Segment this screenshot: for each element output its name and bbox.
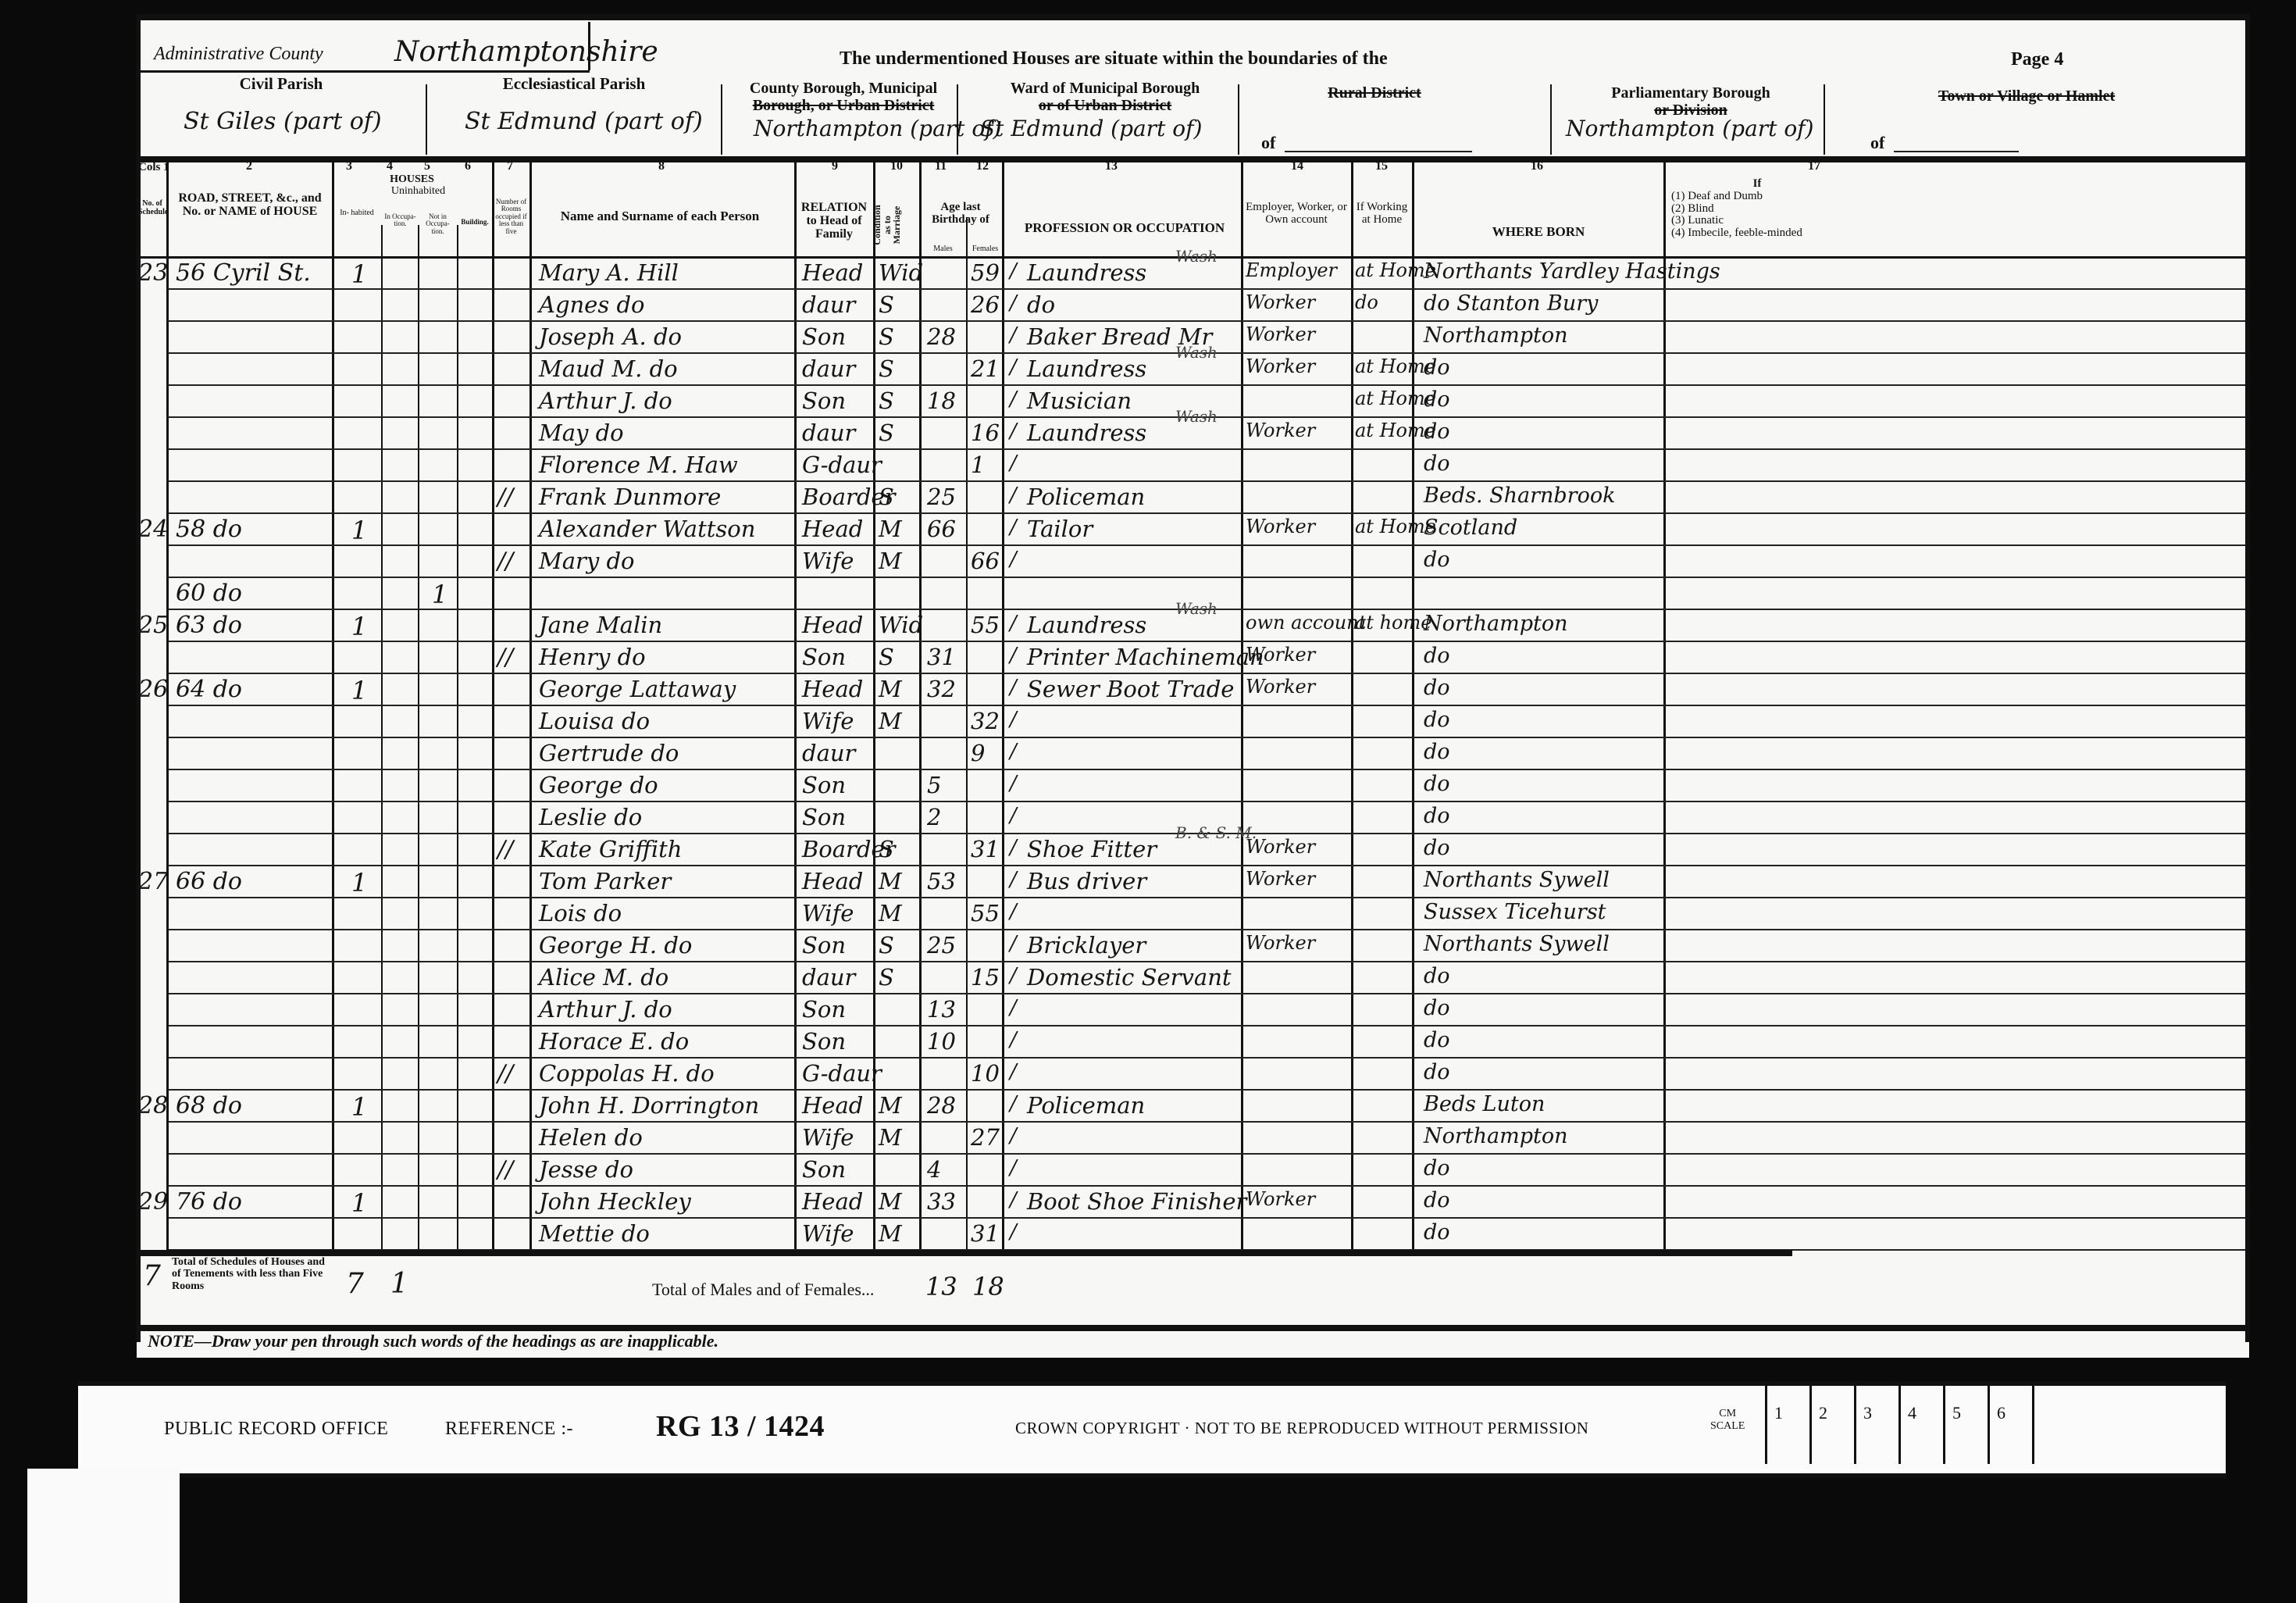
employer-status: Worker [1246, 516, 1315, 537]
age-female: 32 [971, 708, 1000, 734]
occupation: Shoe Fitter [1027, 836, 1157, 862]
person-name: Henry do [539, 644, 646, 670]
scale-mark: 4 [1908, 1403, 1917, 1423]
person-name: Arthur J. do [539, 387, 672, 414]
check-mark: / [1010, 644, 1017, 667]
inhabited-mark: 1 [351, 868, 367, 898]
condition: S [879, 644, 894, 670]
table-row: ///Mary doWifeM66do [137, 546, 2249, 578]
form-frame: Administrative County Northamptonshire T… [137, 14, 2249, 1358]
relation: Head [802, 516, 863, 542]
where-born: do Stanton Bury [1424, 291, 1598, 316]
check-mark: / [1010, 996, 1017, 1019]
relation: Wife [802, 900, 854, 926]
relation: G-daur [802, 1060, 882, 1087]
relation: Wife [802, 1220, 854, 1247]
check-mark: / [1010, 323, 1017, 347]
col5-header: Not in Occupa- tion. [419, 213, 456, 235]
age-female: 31 [971, 1220, 1000, 1247]
check-mark: / [1010, 1060, 1017, 1084]
check-mark: / [1010, 1028, 1017, 1051]
address: 64 do [176, 676, 242, 703]
working-at-home: do [1355, 291, 1378, 313]
where-born: do [1424, 548, 1450, 572]
relation: Head [802, 868, 863, 894]
col15-header: If Working at Home [1353, 202, 1411, 227]
where-born: do [1424, 355, 1450, 380]
address: 66 do [176, 868, 242, 895]
person-name: Kate Griffith [539, 836, 682, 862]
col-num-9: 9 [832, 159, 838, 173]
record-office-strip: PUBLIC RECORD OFFICE REFERENCE :- RG 13 … [78, 1381, 2226, 1478]
totals-inhabited: 7 [346, 1268, 364, 1300]
age-female: 10 [971, 1060, 1000, 1087]
person-name: Horace E. do [539, 1028, 689, 1055]
table-row: ///Frank DunmoreBoarderS25PolicemanBeds.… [137, 482, 2249, 514]
col-num-16: 16 [1531, 159, 1543, 173]
address: 68 do [176, 1092, 242, 1119]
col-num-12: 12 [976, 159, 989, 173]
ward-value: St Edmund (part of) [980, 116, 1202, 141]
intro-text: The undermentioned Houses are situate wi… [840, 48, 1388, 70]
person-name: Frank Dunmore [539, 484, 721, 510]
town-of: of [1870, 133, 1884, 153]
age-male: 10 [927, 1028, 956, 1055]
where-born: Beds. Sharnbrook [1424, 484, 1615, 508]
table-row: /Horace E. doSon10do [137, 1026, 2249, 1059]
schedule-number: 23 [138, 259, 168, 287]
totals-top-rule [137, 1250, 1792, 1256]
check-mark: / [1010, 387, 1017, 411]
age-female: 55 [971, 612, 1000, 638]
person-name: Gertrude do [539, 740, 679, 766]
table-row: /Florence M. HawG-daur1do [137, 450, 2249, 482]
scale-mark: 1 [1774, 1403, 1784, 1423]
age-male: 18 [927, 387, 956, 414]
table-row: /2356 Cyril St.1Mary A. HillHeadWid59Lau… [137, 258, 2249, 290]
person-name: Alice M. do [539, 964, 668, 991]
age-male: 13 [927, 996, 956, 1023]
person-name: Agnes do [539, 291, 644, 318]
col-num-15: 15 [1375, 159, 1388, 173]
condition: S [879, 932, 894, 959]
occupation: Laundress [1027, 612, 1146, 638]
age-male: 25 [927, 484, 956, 510]
ward-label: Ward of Municipal Borough or of Urban Di… [972, 80, 1238, 114]
col2-header: ROAD, STREET, &c., and No. or NAME of HO… [172, 192, 328, 219]
table-row: /Gertrude dodaur9do [137, 738, 2249, 770]
cols-label: Cols 1 [138, 161, 169, 174]
where-born: Northants Sywell [1424, 932, 1610, 956]
relation: daur [802, 964, 855, 991]
reference-number: RG 13 / 1424 [656, 1409, 825, 1444]
condition: S [879, 323, 894, 350]
table-row: /2664 do1George LattawayHeadM32Sewer Boo… [137, 674, 2249, 706]
blank-card [27, 1469, 180, 1603]
schedule-number: 27 [138, 868, 168, 895]
age-male: 66 [927, 516, 956, 542]
person-name: Lois do [539, 900, 622, 926]
condition: M [879, 548, 902, 574]
relation: daur [802, 419, 855, 446]
condition: S [879, 484, 894, 510]
where-born: do [1424, 964, 1450, 988]
occupation: Musician [1027, 387, 1132, 414]
office-label: PUBLIC RECORD OFFICE [164, 1419, 388, 1440]
col9-header: RELATION to Head of Family [797, 202, 872, 241]
relation: Son [802, 772, 846, 798]
col12-header: Females [968, 245, 1003, 254]
rooms-mark: // [497, 1156, 513, 1184]
person-name: George Lattaway [539, 676, 736, 702]
relation: Wife [802, 708, 854, 734]
where-born: do [1424, 387, 1450, 412]
address: 60 do [176, 580, 242, 607]
person-name: George H. do [539, 932, 692, 959]
table-row: /Lois doWifeM55Sussex Ticehurst [137, 898, 2249, 930]
inhabited-mark: 1 [351, 676, 367, 705]
col4-header: In Occupa- tion. [383, 213, 418, 228]
condition: S [879, 387, 894, 414]
where-born: do [1424, 1188, 1450, 1212]
totals-females: 18 [972, 1272, 1004, 1301]
employer-status: Worker [1246, 419, 1315, 441]
check-mark: / [1010, 1188, 1017, 1212]
rooms-mark: // [497, 836, 513, 863]
table-row: /2563 do1Jane MalinHeadWid55Laundressown… [137, 610, 2249, 642]
totals-bottom-rule [137, 1325, 2249, 1331]
employer-status: Employer [1246, 259, 1337, 281]
col8-header: Name and Surname of each Person [543, 209, 777, 223]
address: 56 Cyril St. [176, 259, 311, 287]
person-name: Mary A. Hill [539, 259, 679, 286]
employer-status: Worker [1246, 676, 1315, 698]
occupation: Domestic Servant [1027, 964, 1232, 991]
condition: M [879, 900, 902, 926]
relation: Son [802, 996, 846, 1023]
condition: S [879, 964, 894, 991]
where-born: Northampton [1424, 1124, 1568, 1148]
title-divider [588, 22, 590, 70]
table-row: /Louisa doWifeM32do [137, 706, 2249, 738]
employer-status: Worker [1246, 291, 1315, 313]
scale-mark: 6 [1997, 1403, 2006, 1423]
inhabited-mark: 1 [351, 1188, 367, 1218]
age-female: 16 [971, 419, 1000, 446]
totals-schedules-label: Total of Schedules of Houses and of Tene… [172, 1256, 328, 1292]
rural-of: of [1261, 133, 1275, 153]
town-value-line [1894, 151, 2019, 152]
occupation: Bus driver [1027, 868, 1146, 894]
age-male: 2 [927, 804, 941, 830]
check-mark: / [1010, 1156, 1017, 1180]
table-row: /Agnes dodaurS26doWorkerdodo Stanton Bur… [137, 290, 2249, 322]
age-male: 5 [927, 772, 941, 798]
person-name: Leslie do [539, 804, 642, 830]
person-name: Mary do [539, 548, 634, 574]
scale-tick [1988, 1386, 1990, 1464]
col3-header: In- habited [333, 209, 380, 218]
title-underline [137, 70, 590, 73]
employer-status: Worker [1246, 932, 1315, 954]
age-male: 32 [927, 676, 956, 702]
schedule-number: 28 [138, 1092, 168, 1119]
check-mark: / [1010, 676, 1017, 699]
scale-tick [1943, 1386, 1945, 1464]
person-name: Tom Parker [539, 868, 671, 894]
totals-uninhabited: 1 [390, 1268, 408, 1300]
check-mark: / [1010, 772, 1017, 795]
relation: Head [802, 1092, 863, 1119]
person-name: Joseph A. do [539, 323, 682, 350]
rural-label: Rural District [1246, 84, 1503, 102]
person-name: Jane Malin [539, 612, 662, 638]
table-row: /Helen doWifeM27Northampton [137, 1123, 2249, 1155]
schedule-number: 25 [138, 612, 168, 639]
page-number: 4 [2054, 49, 2063, 70]
age-male: 31 [927, 644, 956, 670]
check-mark: / [1010, 452, 1017, 475]
condition: M [879, 1220, 902, 1247]
person-name: George do [539, 772, 658, 798]
admin-county-label: Administrative County [154, 44, 323, 65]
parl-value: Northampton (part of) [1566, 116, 1813, 141]
occupation: do [1027, 291, 1055, 318]
scale-tick [1765, 1386, 1767, 1464]
age-female: 9 [971, 740, 985, 766]
condition: Wid [879, 259, 923, 286]
scale-mark: 2 [1819, 1403, 1828, 1423]
person-name: Coppolas H. do [539, 1060, 715, 1087]
schedule-number: 24 [138, 516, 168, 543]
eccl-parish-value: St Edmund (part of) [465, 108, 703, 135]
inhabited-mark: 1 [351, 259, 367, 289]
condition: S [879, 355, 894, 382]
where-born: Beds Luton [1424, 1092, 1545, 1116]
col-num-11: 11 [935, 159, 947, 173]
relation: Son [802, 1156, 846, 1183]
col11-header: Males [922, 245, 964, 254]
where-born: Northants Yardley Hastings [1424, 259, 1720, 284]
table-row: ///Coppolas H. doG-daur10do [137, 1059, 2249, 1091]
person-name: John H. Dorrington [539, 1092, 759, 1119]
col11-12-header: Age last Birthday of [922, 202, 1000, 227]
person-name: May do [539, 419, 624, 446]
schedule-number: 29 [138, 1188, 168, 1216]
condition: Wid [879, 612, 923, 638]
inhabited-mark: 1 [351, 612, 367, 641]
uninhabited-header: Uninhabited [381, 186, 455, 198]
town-label: Town or Village or Hamlet [1839, 87, 2214, 105]
civil-parish-value: St Giles (part of) [184, 108, 382, 135]
age-male: 28 [927, 1092, 956, 1119]
col1-header: No. of Schedule [138, 200, 166, 216]
person-name: Arthur J. do [539, 996, 672, 1023]
relation: daur [802, 355, 855, 382]
person-name: Helen do [539, 1124, 643, 1151]
footnote: NOTE—Draw your pen through such words of… [148, 1331, 718, 1351]
divider [721, 84, 722, 155]
where-born: Scotland [1424, 516, 1517, 540]
table-row: /Maud M. dodaurS21LaundressWorkerat Home… [137, 354, 2249, 386]
inhabited-mark: 1 [351, 1092, 367, 1122]
employer-status: Worker [1246, 323, 1315, 345]
condition: M [879, 676, 902, 702]
address: 58 do [176, 516, 242, 543]
uninhabited-mark: 1 [432, 580, 447, 609]
age-female: 15 [971, 964, 1000, 991]
where-born: do [1424, 708, 1450, 732]
age-male: 53 [927, 868, 956, 894]
condition: M [879, 1092, 902, 1119]
rural-value-line [1285, 151, 1472, 152]
col-num-6: 6 [465, 159, 471, 173]
relation: Son [802, 804, 846, 830]
where-born: do [1424, 1060, 1450, 1084]
where-born: do [1424, 1028, 1450, 1052]
col-num-17: 17 [1808, 159, 1820, 173]
person-name: Louisa do [539, 708, 650, 734]
occupation-annotation: Wash [1175, 407, 1218, 426]
relation: Son [802, 1028, 846, 1055]
occupation: Sewer Boot Trade [1027, 676, 1234, 702]
col7-header: Number of Rooms occupied if less than fi… [494, 198, 529, 235]
where-born: Northants Sywell [1424, 868, 1610, 892]
occupation: Laundress [1027, 259, 1146, 286]
condition: S [879, 419, 894, 446]
page-label: Page 4 [2011, 49, 2063, 70]
check-mark: / [1010, 355, 1017, 379]
col-num-5: 5 [424, 159, 430, 173]
occupation: Boot Shoe Finisher [1027, 1188, 1246, 1215]
totals-males: 13 [925, 1272, 957, 1301]
col-num-2: 2 [246, 159, 252, 173]
col16-header: WHERE BORN [1417, 225, 1660, 239]
person-name: Mettie do [539, 1220, 650, 1247]
relation: Head [802, 612, 863, 638]
where-born: do [1424, 740, 1450, 764]
schedule-number: 26 [138, 676, 168, 703]
person-name: Maud M. do [539, 355, 678, 382]
employer-status: own account [1246, 612, 1366, 634]
check-mark: / [1010, 484, 1017, 507]
age-female: 21 [971, 355, 1000, 382]
condition: M [879, 1124, 902, 1151]
relation: Head [802, 259, 863, 286]
occupation: Bricklayer [1027, 932, 1146, 959]
occupation-annotation: Wash [1175, 599, 1218, 618]
age-male: 33 [927, 1188, 956, 1215]
check-mark: / [1010, 932, 1017, 955]
employer-status: Worker [1246, 1188, 1315, 1210]
employer-status: Worker [1246, 868, 1315, 890]
relation: Wife [802, 548, 854, 574]
check-mark: / [1010, 804, 1017, 827]
check-mark: / [1010, 259, 1017, 283]
census-sheet: Administrative County Northamptonshire T… [137, 14, 2249, 1358]
check-mark: / [1010, 1092, 1017, 1116]
divider [426, 84, 427, 155]
condition: M [879, 1188, 902, 1215]
check-mark: / [1010, 1220, 1017, 1244]
divider [1550, 84, 1552, 155]
relation: daur [802, 291, 855, 318]
occupation-annotation: Wash [1175, 343, 1218, 362]
age-female: 55 [971, 900, 1000, 926]
eccl-parish-label: Ecclesiastical Parish [433, 75, 715, 93]
totals-persons-label: Total of Males and of Females... [652, 1280, 874, 1300]
scale-mark: 5 [1952, 1403, 1962, 1423]
condition: M [879, 868, 902, 894]
where-born: do [1424, 772, 1450, 796]
table-row: /2458 do1Alexander WattsonHeadM66TailorW… [137, 514, 2249, 546]
address: 63 do [176, 612, 242, 639]
age-male: 28 [927, 323, 956, 350]
relation: daur [802, 740, 855, 766]
check-mark: / [1010, 1124, 1017, 1148]
person-name: Alexander Wattson [539, 516, 755, 542]
reference-label: REFERENCE :- [445, 1419, 573, 1440]
occupation-annotation: B. & S. M. [1175, 823, 1257, 842]
where-born: do [1424, 452, 1450, 476]
occupation: Laundress [1027, 419, 1146, 446]
check-mark: / [1010, 548, 1017, 571]
rooms-mark: // [497, 548, 513, 575]
check-mark: / [1010, 964, 1017, 987]
person-name: Florence M. Haw [539, 452, 738, 478]
table-row: /May dodaurS16LaundressWorkerat HomedoWa… [137, 418, 2249, 450]
relation: Wife [802, 1124, 854, 1151]
parl-label: Parliamentary Borough or Division [1558, 84, 1824, 119]
age-female: 1 [971, 452, 985, 478]
where-born: do [1424, 676, 1450, 700]
table-row: /2868 do1John H. DorringtonHeadM28Police… [137, 1091, 2249, 1123]
top-border [137, 14, 2249, 20]
check-mark: / [1010, 516, 1017, 539]
working-at-home: at home [1355, 612, 1431, 634]
age-female: 26 [971, 291, 1000, 318]
col13-header: PROFESSION OR OCCUPATION [1011, 221, 1238, 235]
copyright-notice: CROWN COPYRIGHT · NOT TO BE REPRODUCED W… [1015, 1419, 1588, 1438]
table-row: /George H. doSonS25BricklayerWorkerNorth… [137, 930, 2249, 962]
relation: Son [802, 387, 846, 414]
age-female: 27 [971, 1124, 1000, 1151]
inhabited-mark: 1 [351, 516, 367, 545]
where-born: Northampton [1424, 323, 1568, 348]
table-row: /Alice M. dodaurS15Domestic Servantdo [137, 962, 2249, 994]
relation: Son [802, 644, 846, 670]
col-num-10: 10 [890, 159, 903, 173]
relation: Head [802, 1188, 863, 1215]
where-born: do [1424, 1156, 1450, 1180]
col-num-3: 3 [346, 159, 352, 173]
table-row: /Mettie doWifeM31do [137, 1219, 2249, 1251]
county-borough-label: County Borough, Municipal Borough, or Ur… [726, 80, 961, 114]
scale-tick [1898, 1386, 1901, 1464]
divider [1824, 84, 1825, 155]
scale-tick [1854, 1386, 1856, 1464]
where-born: do [1424, 996, 1450, 1020]
occupation: Tailor [1027, 516, 1093, 542]
table-row: /George doSon5do [137, 770, 2249, 802]
occupation: Policeman [1027, 1092, 1145, 1119]
condition: S [879, 291, 894, 318]
person-name: John Heckley [539, 1188, 691, 1215]
col17-header: If (1) Deaf and Dumb (2) Blind (3) Lunat… [1671, 178, 1843, 240]
check-mark: / [1010, 900, 1017, 923]
relation: Son [802, 323, 846, 350]
occupation: Printer Machineman [1027, 644, 1264, 670]
